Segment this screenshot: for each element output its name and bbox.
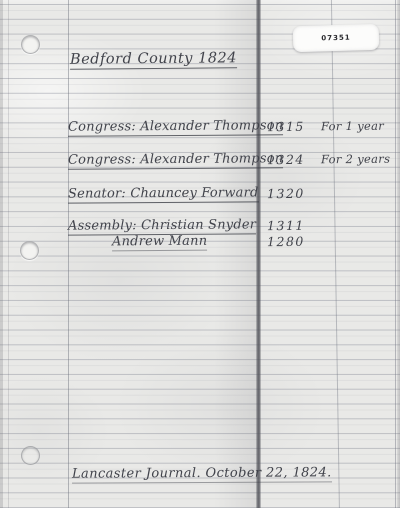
paper-left-edge-line	[8, 0, 9, 508]
ruled-lines-ghost	[0, 0, 400, 508]
vote-count: 1324	[267, 152, 305, 167]
page-edge-line	[256, 0, 261, 508]
office-candidate: Andrew Mann	[112, 234, 207, 252]
entry-row-office: Assembly: Christian Snyder	[68, 217, 256, 233]
scanned-document-page: 07351 Bedford County 1824 Congress: Alex…	[0, 0, 400, 508]
page-title-text: Bedford County 1824	[70, 50, 237, 69]
office-candidate: Congress: Alexander Thompson	[68, 151, 283, 170]
margin-rule-line	[68, 0, 69, 508]
entry-row-office: Congress: Alexander Thompson	[68, 118, 283, 135]
page-fold-shadow	[214, 0, 257, 508]
right-column-rule-line	[395, 0, 396, 508]
term-note: For 1 year	[321, 119, 384, 134]
catalog-label-sticker: 07351	[293, 24, 380, 52]
source-citation: Lancaster Journal. October 22, 1824.	[72, 465, 332, 481]
entry-row-office: Andrew Mann	[112, 234, 207, 250]
vote-count: 1315	[267, 119, 305, 134]
punch-hole-top	[21, 35, 40, 54]
ruled-lines	[0, 0, 400, 508]
entry-row-office: Congress: Alexander Thompson	[68, 151, 283, 168]
punch-hole-middle	[20, 241, 39, 260]
office-candidate: Congress: Alexander Thompson	[68, 118, 283, 137]
column-rule-line	[331, 0, 340, 508]
office-candidate: Senator: Chauncey Forward	[68, 185, 259, 203]
vote-count: 1320	[267, 186, 305, 201]
scan-left-edge	[0, 0, 3, 508]
office-candidate: Assembly: Christian Snyder	[68, 217, 256, 235]
photocopy-texture	[0, 0, 400, 508]
term-note: For 2 years	[321, 152, 390, 167]
vote-count: 1280	[267, 234, 305, 249]
source-citation-text: Lancaster Journal. October 22, 1824.	[72, 465, 332, 483]
punch-hole-bottom	[21, 446, 40, 465]
catalog-number: 07351	[321, 34, 351, 43]
vote-count: 1311	[267, 218, 305, 233]
page-title: Bedford County 1824	[70, 50, 237, 67]
entry-row-office: Senator: Chauncey Forward	[68, 185, 259, 201]
